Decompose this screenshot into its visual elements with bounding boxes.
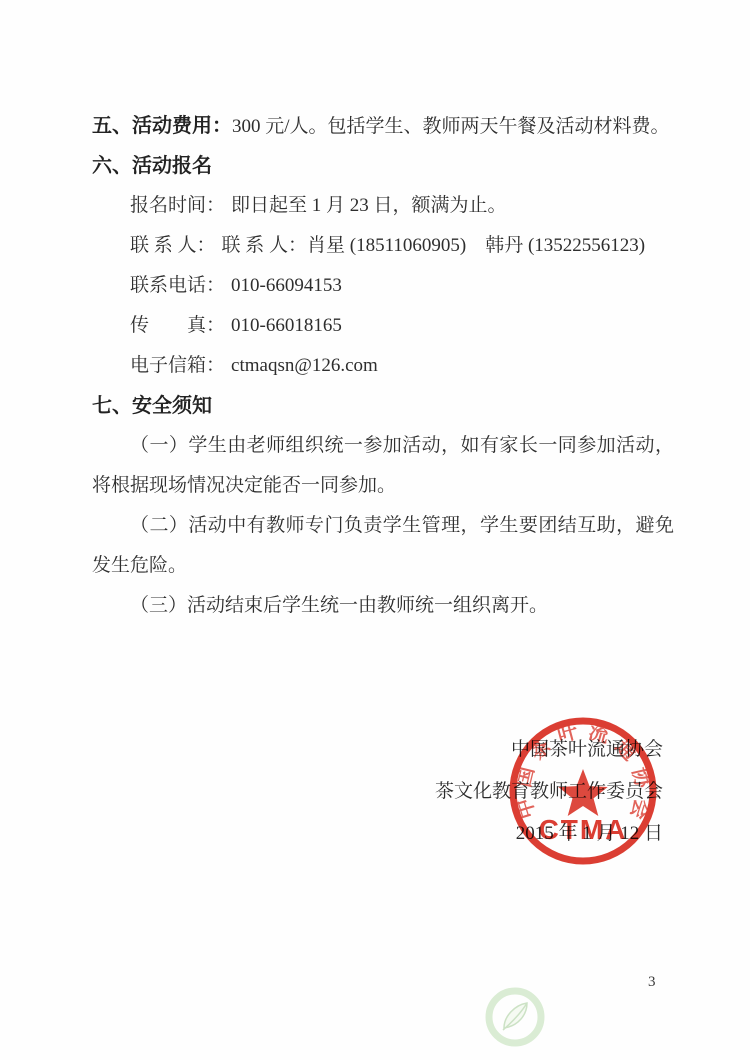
signup-row-fax: 传 真：010-66018165 — [92, 306, 674, 346]
safety-paragraph-3: （三）活动结束后学生统一由教师统一组织离开。 — [92, 586, 674, 626]
signup-row-time-value: 即日起至 1 月 23 日，额满为止。 — [231, 195, 507, 216]
stamp-acronym: CTMA — [539, 814, 628, 845]
signup-row-email: 电子信箱：ctmaqsn@126.com — [92, 346, 674, 386]
signup-row-phone: 联系电话：010-66094153 — [92, 266, 674, 306]
leaf-logo-watermark — [483, 985, 547, 1049]
signup-row-fax-value: 010-66018165 — [231, 315, 342, 336]
section-fee-text: 300 元/人。包括学生、教师两天午餐及活动材料费。 — [232, 116, 670, 137]
section-safety-heading: 七、安全须知 — [92, 395, 212, 417]
document-page: 五、活动费用：300 元/人。包括学生、教师两天午餐及活动材料费。 六、活动报名… — [0, 0, 750, 1060]
signup-row-time-label: 报名时间： — [130, 195, 225, 216]
star-icon — [558, 769, 607, 816]
page-number: 3 — [648, 974, 656, 991]
section-signup-heading: 六、活动报名 — [92, 155, 212, 177]
signup-row-contact-value: 联 系 人：肖星 (18511060905) 韩丹 (13522556123) — [222, 235, 646, 256]
section-signup-heading-line: 六、活动报名 — [92, 146, 674, 186]
signup-row-fax-label: 传 真： — [130, 315, 225, 336]
official-stamp: 中国茶叶流通协会 CTMA — [503, 711, 663, 871]
signup-row-email-label: 电子信箱： — [130, 355, 225, 376]
safety-paragraph-2: （二）活动中有教师专门负责学生管理，学生要团结互助，避免发生危险。 — [92, 506, 674, 586]
document-body: 五、活动费用：300 元/人。包括学生、教师两天午餐及活动材料费。 六、活动报名… — [92, 106, 674, 626]
section-fee-line: 五、活动费用：300 元/人。包括学生、教师两天午餐及活动材料费。 — [92, 106, 674, 146]
signup-row-contact-label: 联 系 人： — [130, 235, 216, 256]
safety-paragraph-1: （一）学生由老师组织统一参加活动，如有家长一同参加活动，将根据现场情况决定能否一… — [92, 426, 674, 506]
signup-row-phone-label: 联系电话： — [130, 275, 225, 296]
signup-row-email-value: ctmaqsn@126.com — [231, 355, 378, 376]
section-fee-heading: 五、活动费用： — [92, 115, 232, 137]
signup-row-phone-value: 010-66094153 — [231, 275, 342, 296]
signup-row-contact: 联 系 人：联 系 人：肖星 (18511060905) 韩丹 (1352255… — [92, 226, 674, 266]
section-safety-heading-line: 七、安全须知 — [92, 386, 674, 426]
signup-row-time: 报名时间：即日起至 1 月 23 日，额满为止。 — [92, 186, 674, 226]
